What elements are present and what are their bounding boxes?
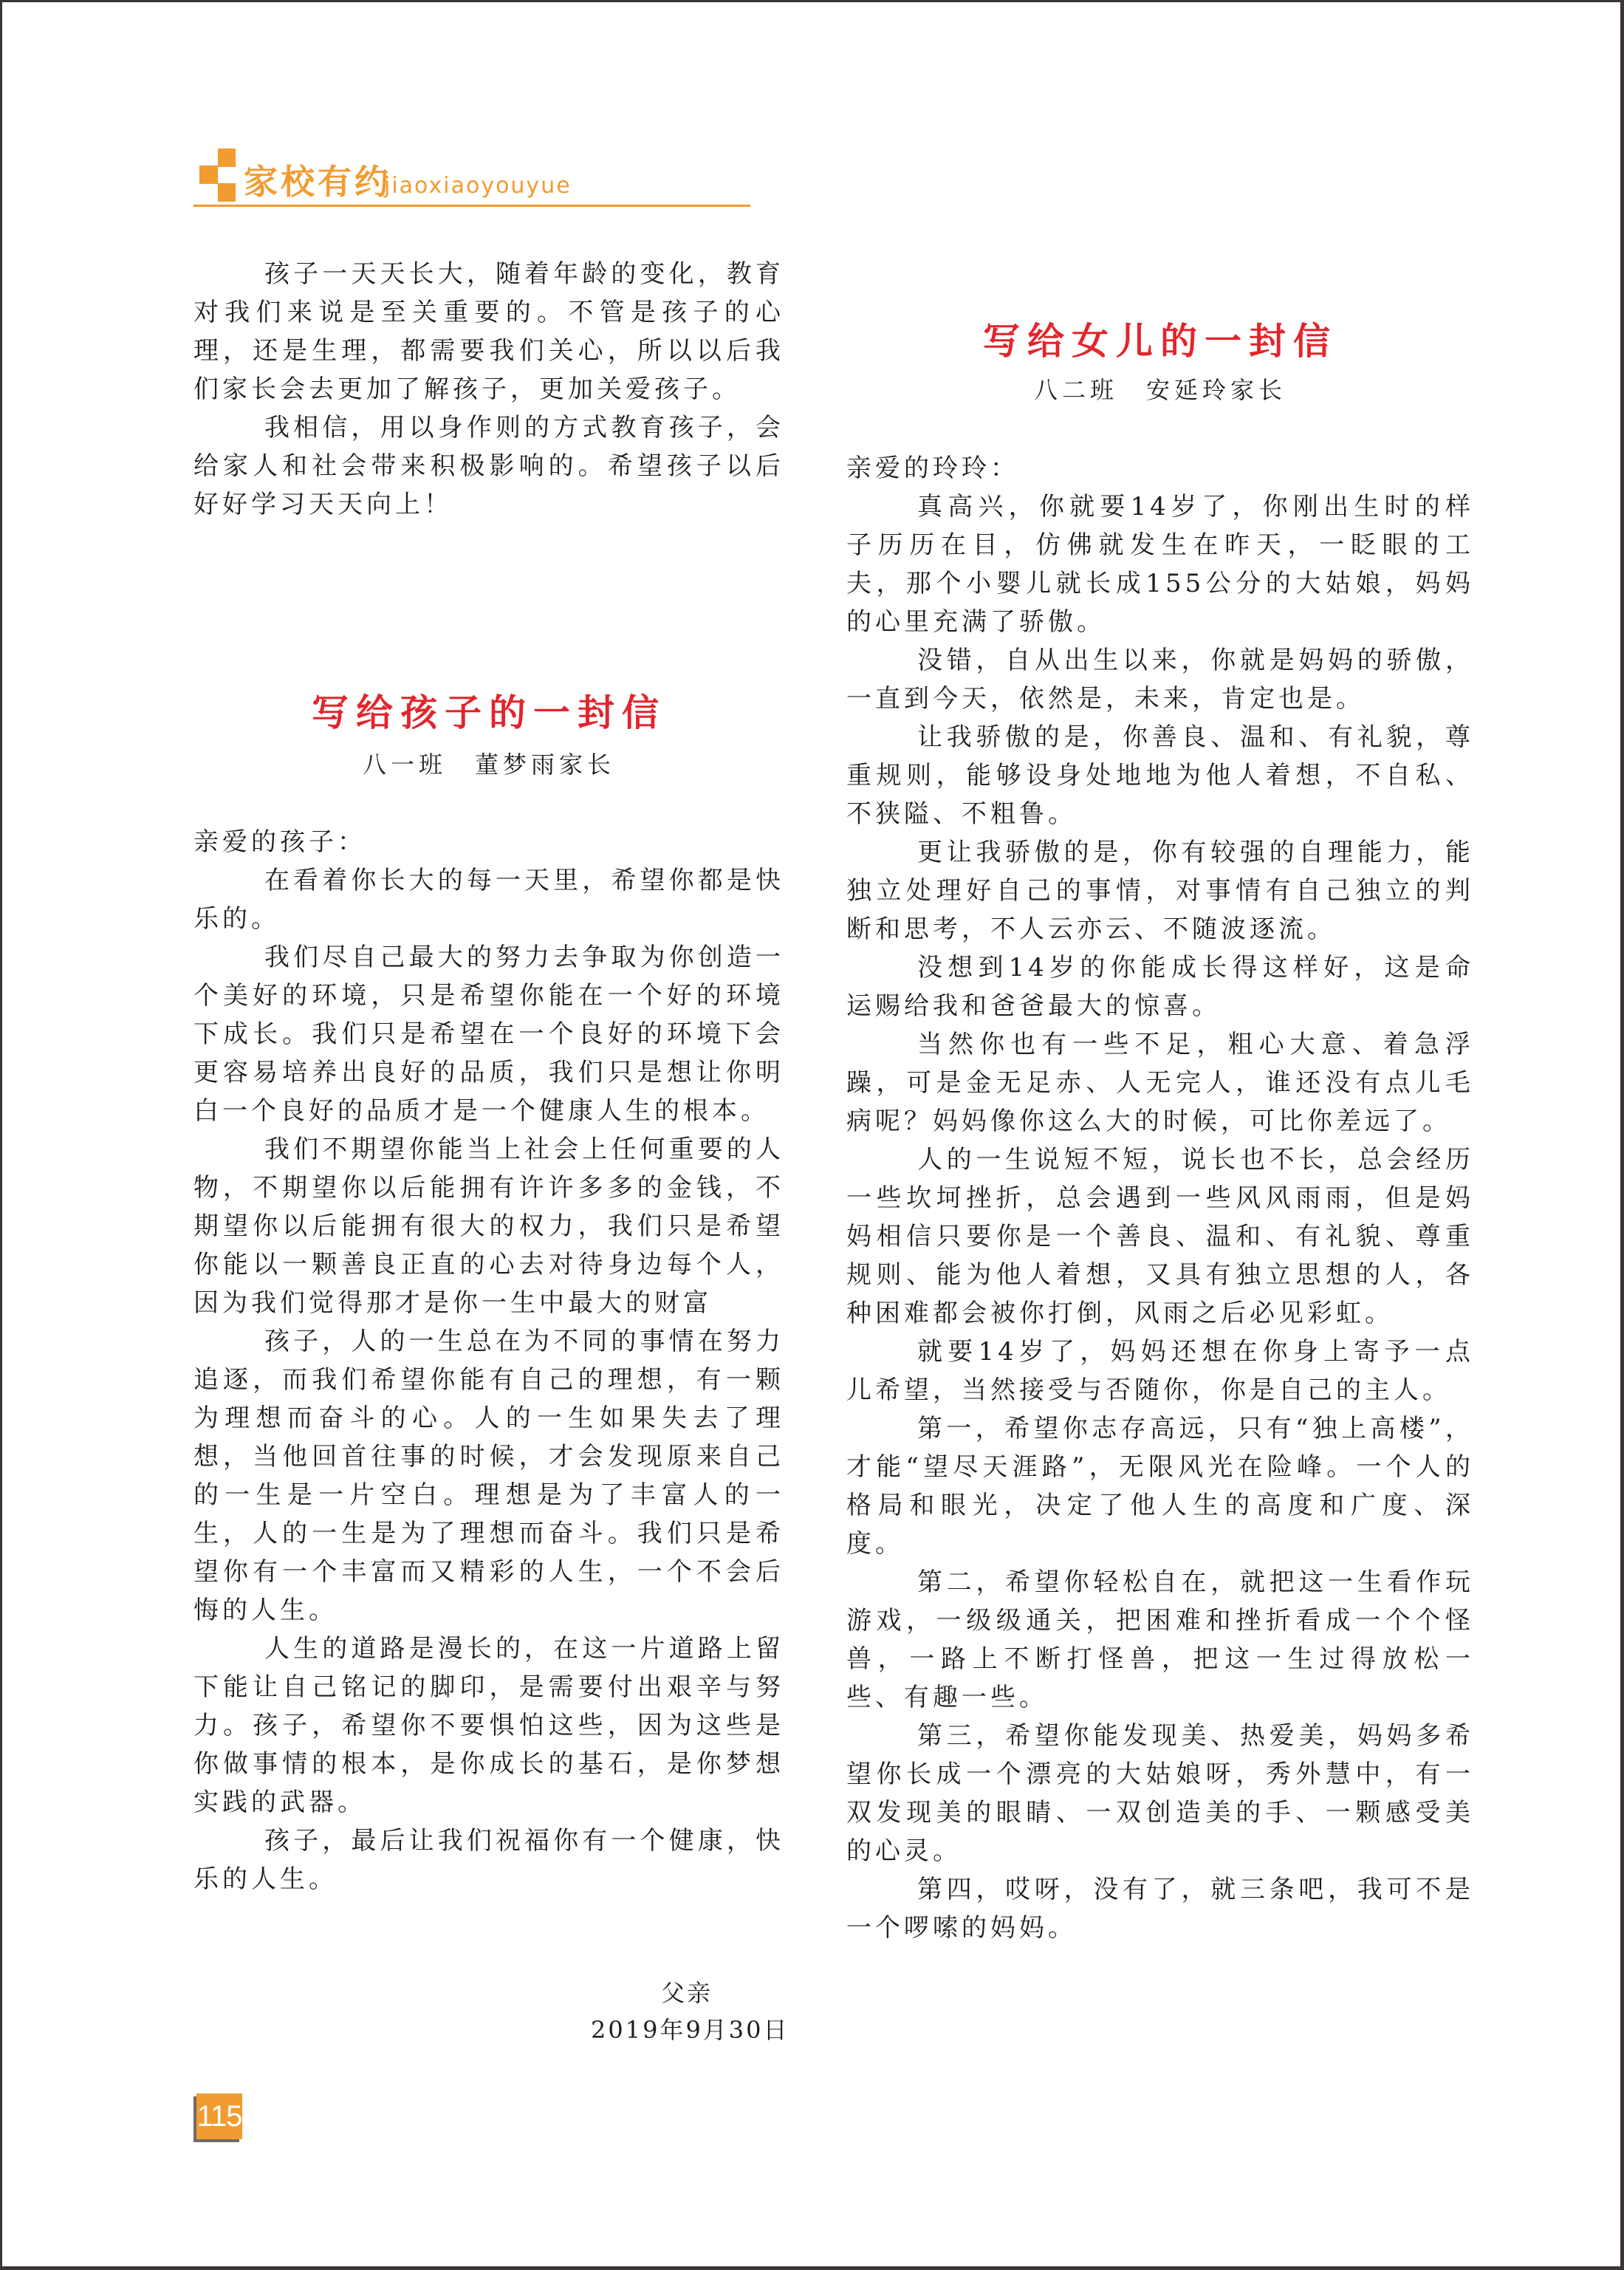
letter2-paragraph: 没想到14岁的你能成长得这样好，这是命运赐给我和爸爸最大的惊喜。 [846,948,1474,1025]
letter1-paragraph: 我们尽自己最大的努力去争取为你创造一个美好的环境，只是希望你能在一个好的环境下成… [193,938,784,1130]
letter1-signature: 父亲 [661,1977,713,2009]
intro-text: 孩子一天天长大，随着年龄的变化，教育对我们来说是至关重要的。不管是孩子的心理，还… [193,255,784,524]
letter2-paragraph: 让我骄傲的是，你善良、温和、有礼貌，尊重规则，能够设身处地地为他人着想，不自私、… [846,718,1474,833]
letter1-paragraph: 孩子，人的一生总在为不同的事情在努力追逐，而我们希望你能有自己的理想，有一颗为理… [193,1322,784,1630]
letter2-title: 写给女儿的一封信 [846,319,1474,363]
header-divider [193,205,750,207]
letter2-paragraph: 第三，希望你能发现美、热爱美，妈妈多希望你长成一个漂亮的大姑娘呀，秀外慧中，有一… [846,1717,1474,1870]
letter1-date: 2019年9月30日 [591,2014,789,2046]
letter2-paragraph: 人的一生说短不短，说长也不长，总会经历一些坎坷挫折，总会遇到一些风风雨雨，但是妈… [846,1141,1474,1333]
letter1-title: 写给孩子的一封信 [193,691,784,735]
letter2-byline: 八二班 安延玲家长 [846,375,1474,405]
letter2-paragraph: 就要14岁了，妈妈还想在你身上寄予一点儿希望，当然接受与否随你，你是自己的主人。 [846,1333,1474,1409]
header-logo-square-middle [199,165,218,184]
letter1-paragraph: 在看着你长大的每一天里，希望你都是快乐的。 [193,861,784,938]
letter2-paragraph: 没错，自从出生以来，你就是妈妈的骄傲，一直到今天，依然是，未来，肯定也是。 [846,641,1474,718]
section-pinyin: jiaoxiaoyouyue [384,173,572,199]
letter2-paragraph: 真高兴，你就要14岁了，你刚出生时的样子历历在目，仿佛就发生在昨天，一眨眼的工夫… [846,488,1474,641]
header-logo-square-bottom [218,183,236,202]
page-number-badge: 115 [196,2093,242,2139]
letter2-paragraph: 第一，希望你志存高远，只有“独上高楼”，才能“望尽天涯路”，无限风光在险峰。一个… [846,1409,1474,1563]
section-title: 家校有约 [244,161,391,202]
letter2-paragraph: 当然你也有一些不足，粗心大意、着急浮躁，可是金无足赤、人无完人，谁还没有点儿毛病… [846,1025,1474,1141]
letter1-paragraph: 孩子，最后让我们祝福你有一个健康，快乐的人生。 [193,1822,784,1898]
letter2-paragraph: 第四，哎呀，没有了，就三条吧，我可不是一个啰嗦的妈妈。 [846,1870,1474,1947]
intro-paragraph: 我相信，用以身作则的方式教育孩子，会给家人和社会带来积极影响的。希望孩子以后好好… [193,408,784,524]
letter1-byline: 八一班 董梦雨家长 [193,750,784,779]
letter2-paragraph: 更让我骄傲的是，你有较强的自理能力，能独立处理好自己的事情，对事情有自己独立的判… [846,833,1474,948]
letter2-salutation: 亲爱的玲玲： [846,449,1474,488]
letter1-paragraph: 人生的道路是漫长的，在这一片道路上留下能让自己铭记的脚印，是需要付出艰辛与努力。… [193,1630,784,1822]
letter1-salutation: 亲爱的孩子： [193,823,784,861]
letter1-paragraph: 我们不期望你能当上社会上任何重要的人物，不期望你以后能拥有许许多多的金钱，不期望… [193,1130,784,1322]
letter2-body: 亲爱的玲玲： 真高兴，你就要14岁了，你刚出生时的样子历历在目，仿佛就发生在昨天… [846,449,1474,1947]
letter1-body: 亲爱的孩子： 在看着你长大的每一天里，希望你都是快乐的。 我们尽自己最大的努力去… [193,823,784,1898]
intro-paragraph: 孩子一天天长大，随着年龄的变化，教育对我们来说是至关重要的。不管是孩子的心理，还… [193,255,784,408]
letter2-paragraph: 第二，希望你轻松自在，就把这一生看作玩游戏，一级级通关，把困难和挫折看成一个个怪… [846,1563,1474,1717]
header-logo-square-top [218,148,236,167]
